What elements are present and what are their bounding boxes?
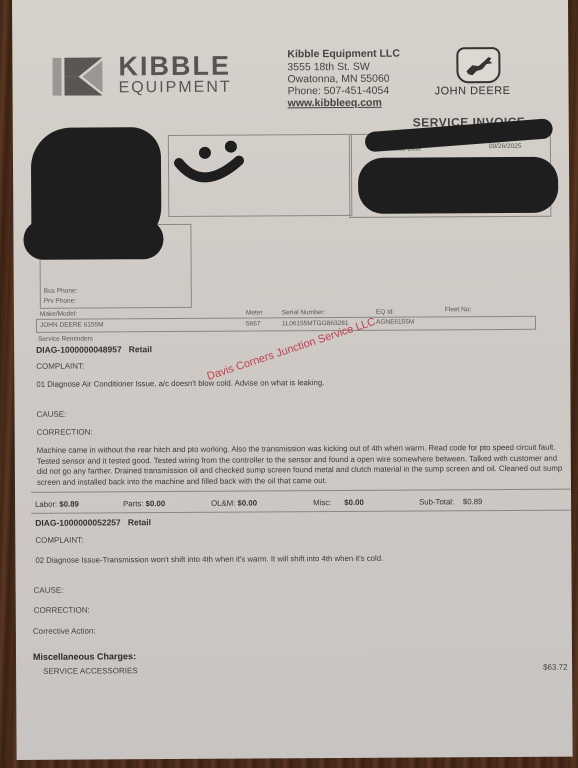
job-1-cause-label: CAUSE: xyxy=(37,410,67,419)
job-1-correction: Machine came in without the rear hitch a… xyxy=(37,443,567,488)
dealer-address-line1: 3555 18th St. SW xyxy=(287,61,369,74)
job-id: DIAG-1000000052257 xyxy=(35,517,121,528)
job-1-complaint-label: COMPLAINT: xyxy=(36,362,84,371)
job-2-id: DIAG-1000000052257 Retail xyxy=(35,517,151,528)
subtotal: Sub-Total: $0.89 xyxy=(419,497,482,506)
fleet-no-header: Fleet No: xyxy=(445,306,471,313)
misc-charge-name: SERVICE ACCESSORIES xyxy=(43,666,138,676)
make-model-header: Make/Model: xyxy=(40,311,77,318)
logo-equipment-text: EQUIPMENT xyxy=(118,79,231,98)
dealer-phone: Phone: 507-451-4054 xyxy=(288,85,390,98)
smiley-drawing-icon xyxy=(173,141,253,191)
invoice-date-value: 09/26/2025 xyxy=(489,143,522,150)
job-1-complaint: 01 Diagnose Air Conditioner Issue, a/c d… xyxy=(36,377,556,391)
meter-header: Meter xyxy=(246,309,263,316)
kibble-logo-icon xyxy=(52,57,102,95)
dealer-address-line2: Owatonna, MN 55060 xyxy=(287,73,389,86)
job-type: Retail xyxy=(129,344,152,354)
dealer-website: www.kibbleeq.com xyxy=(288,97,382,110)
prv-phone-label: Prv Phone: xyxy=(44,298,76,305)
labor-total: Labor: $0.89 xyxy=(35,500,79,509)
totals-top-rule xyxy=(31,489,571,493)
serial-header: Serial Number: xyxy=(282,309,325,316)
olm-total: OL&M: $0.00 xyxy=(211,499,257,508)
eq-id-header: EQ Id: xyxy=(376,309,394,316)
invoice-paper: KIBBLE EQUIPMENT Kibble Equipment LLC 35… xyxy=(12,0,573,760)
job-1-id: DIAG-1000000048957 Retail xyxy=(36,344,152,355)
parts-total: Parts: $0.00 xyxy=(123,499,165,508)
logo-kibble-text: KIBBLE xyxy=(118,51,231,83)
misc-total: Misc: $0.00 xyxy=(313,498,364,507)
dealer-name: Kibble Equipment LLC xyxy=(287,48,400,61)
misc-charge-amount: $63.72 xyxy=(543,663,568,672)
job-1-correction-label: CORRECTION: xyxy=(37,428,93,437)
bus-phone-label: Bus Phone: xyxy=(44,288,78,295)
job-2-cause-label: CAUSE: xyxy=(34,586,64,595)
job-2-complaint: 02 Diagnose Issue-Transmission won't shi… xyxy=(35,553,565,567)
eq-id-value: AGNE6155M xyxy=(376,319,414,326)
john-deere-brand: JOHN DEERE xyxy=(435,85,511,97)
corrective-action-label: Corrective Action: xyxy=(33,627,96,636)
job-2-correction-label: CORRECTION: xyxy=(34,606,90,615)
redaction-mark xyxy=(23,219,163,260)
job-2-complaint-label: COMPLAINT: xyxy=(35,536,83,545)
redaction-mark xyxy=(358,157,558,214)
service-reminders-label: Service Reminders xyxy=(38,336,93,343)
totals-bottom-rule xyxy=(31,510,571,514)
misc-charges-title: Miscellaneous Charges: xyxy=(33,651,136,662)
job-type: Retail xyxy=(128,517,151,527)
john-deere-deer-icon xyxy=(456,47,500,83)
job-id: DIAG-1000000048957 xyxy=(36,344,122,355)
make-model-value: JOHN DEERE 6155M xyxy=(40,321,104,328)
meter-value: 5667 xyxy=(246,320,261,327)
